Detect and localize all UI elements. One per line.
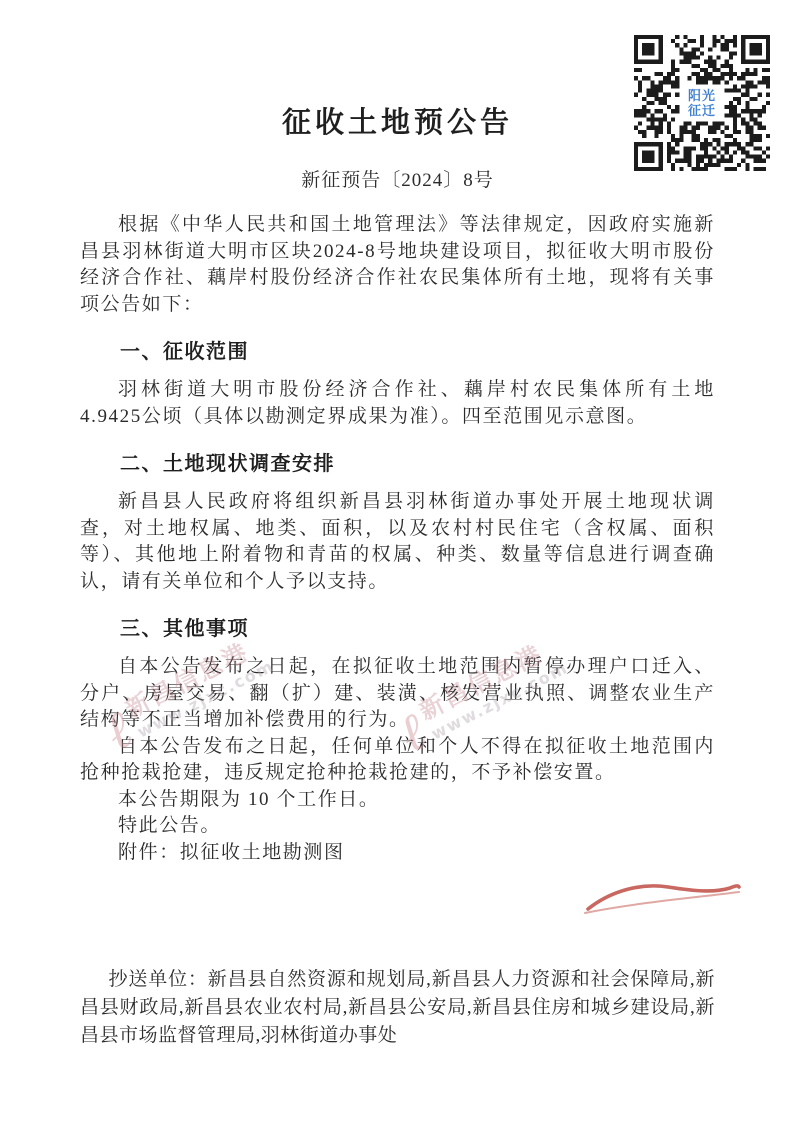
section-other-matters: 三、其他事项 自本公告发布之日起，在拟征收土地范围内暂停办理户口迁入、分户、房屋… bbox=[80, 612, 715, 866]
section-heading: 二、土地现状调查安排 bbox=[80, 447, 715, 476]
section-paragraph: 特此公告。 bbox=[80, 813, 715, 840]
section-heading: 三、其他事项 bbox=[80, 612, 715, 641]
cc-units-paragraph: 抄送单位：新昌县自然资源和规划局,新昌县人力资源和社会保障局,新昌县财政局,新昌… bbox=[80, 966, 715, 1050]
section-paragraph: 新昌县人民政府将组织新昌县羽林街道办事处开展土地现状调查，对土地权属、地类、面积… bbox=[80, 489, 715, 595]
qr-label-line2: 征迁 bbox=[688, 103, 716, 118]
section-paragraph: 自本公告发布之日起，任何单位和个人不得在拟征收土地范围内抢种抢栽抢建，违反规定抢… bbox=[80, 734, 715, 787]
section-paragraph: 羽林街道大明市股份经济合作社、藕岸村农民集体所有土地4.9425公顷（具体以勘测… bbox=[80, 377, 715, 430]
section-heading: 一、征收范围 bbox=[80, 335, 715, 364]
document-page: 阳光 征迁 ℓ 新昌信息港 www.zjxc.com ℓ 新昌信息港 www.z… bbox=[0, 0, 794, 1122]
document-number: 新征预告〔2024〕8号 bbox=[80, 165, 715, 192]
section-paragraph: 本公告期限为 10 个工作日。 bbox=[80, 787, 715, 814]
intro-paragraph: 根据《中华人民共和国土地管理法》等法律规定，因政府实施新昌县羽林街道大明市区块2… bbox=[80, 212, 715, 318]
section-survey: 二、土地现状调查安排 新昌县人民政府将组织新昌县羽林街道办事处开展土地现状调查，… bbox=[80, 447, 715, 595]
section-paragraph: 附件：拟征收土地勘测图 bbox=[80, 840, 715, 867]
section-paragraph: 自本公告发布之日起，在拟征收土地范围内暂停办理户口迁入、分户、房屋交易、翻（扩）… bbox=[80, 654, 715, 734]
qr-label-line1: 阳光 bbox=[688, 88, 716, 103]
qr-center-label: 阳光 征迁 bbox=[685, 87, 719, 119]
qr-code: 阳光 征迁 bbox=[634, 35, 770, 171]
document-title: 征收土地预公告 bbox=[80, 100, 715, 141]
section-scope: 一、征收范围 羽林街道大明市股份经济合作社、藕岸村农民集体所有土地4.9425公… bbox=[80, 335, 715, 430]
